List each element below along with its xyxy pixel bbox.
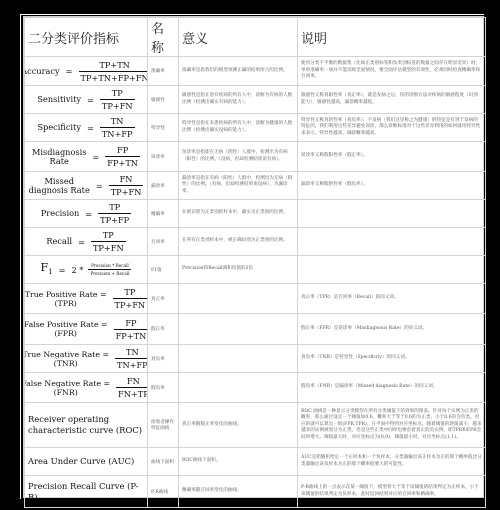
- metric-meaning: [179, 314, 298, 345]
- table-row-missed-diagnosis-rate: Misseddiagnosis Rate= FNTP+FN 漏诊率 漏诊率是指在…: [25, 172, 486, 200]
- metric-note: 误诊率又称假阳性率（假正率）。: [298, 142, 486, 172]
- metric-note: AUC是指随机给定一个正样本和一个负样本，分类器输出该正样本为正的那个概率值比分…: [298, 448, 486, 476]
- metric-meaning: ROC曲线下面积。: [179, 448, 298, 476]
- metric-meaning: 漏诊率是指在有病（阳性）人群中，检测出为无病（阴性）的比例。（有病，但却检测结果…: [179, 172, 298, 200]
- metric-name: 敏感性: [148, 86, 179, 114]
- metric-name: 特异性: [148, 114, 179, 142]
- metric-title: Area Under Curve (AUC): [25, 448, 148, 476]
- metric-name: 真正率: [148, 284, 179, 314]
- metric-formula: True Positive Rate =(TPR) TPTP+FN: [25, 284, 148, 314]
- metric-name: 精确率: [148, 200, 179, 228]
- metric-formula: Recall= TPTP+FN: [25, 228, 148, 256]
- metric-note: 真负率（TNR）是特异性（Specificity）的同义词。: [298, 345, 486, 373]
- header-metric: 二分类评价指标: [25, 18, 148, 57]
- metric-note: 特异性又称真阴性率（真负率），不发病（我们这里称之为健康）的特征是有别于发病的特…: [298, 114, 486, 142]
- table-row-precision: Precision= TPTP+FP 精确率 在被识别为正类别的样本中，确实为正…: [25, 200, 486, 228]
- table-row-fnr: False Negative Rate =(FNR) FNFN+TP 假负率 假…: [25, 373, 486, 403]
- metric-note: 假负率（FNR）是漏诊率（Missed diagnosis Rate）的同义词。: [298, 373, 486, 403]
- metric-meaning: 误诊率是指即在无病（阴性）人群中，检测出为有病（阳性）的比例。（没病，但却检测结…: [179, 142, 298, 172]
- metric-note: [298, 256, 486, 284]
- frame-line-left: [20, 14, 21, 499]
- metric-note: P-R曲线上的一点表示在某一阈值下，模型将大于等于该阈值的结果判定为正样本，小于…: [298, 476, 486, 508]
- metric-title: Precision Recall Curve (P-R): [25, 476, 148, 508]
- table-row-misdiagnosis-rate: MisdiagnosisRate= FPFP+TN 误诊率 误诊率是指即在无病（…: [25, 142, 486, 172]
- metric-formula: Sensitivity= TPTP+FN: [25, 86, 148, 114]
- metric-formula: MisdiagnosisRate= FPFP+TN: [25, 142, 148, 172]
- metric-note: [298, 228, 486, 256]
- table-row-accuracy: Accuracy= TP+TNTP+TN+FP+FN 准确率 准确率是指我们的模…: [25, 57, 486, 86]
- metric-formula: Accuracy= TP+TNTP+TN+FP+FN: [25, 57, 148, 86]
- metric-meaning: 精确率随召回率变化的曲线。: [179, 476, 298, 508]
- metrics-table-sheet: 二分类评价指标 名称 意义 说明 Accuracy= TP+TNTP+TN+FP…: [23, 16, 484, 498]
- metric-name: 漏诊率: [148, 172, 179, 200]
- metric-formula: Precision= TPTP+FP: [25, 200, 148, 228]
- metric-name: F1值: [148, 256, 179, 284]
- metric-name: 接收者操作特征曲线: [148, 403, 179, 448]
- metric-formula: True Negative Rate =(TNR) TNTN+FP: [25, 345, 148, 373]
- table-row-tnr: True Negative Rate =(TNR) TNTN+FP 真负率 真负…: [25, 345, 486, 373]
- metric-meaning: 在所有正类别样本中，被正确识别为正类别的比例。: [179, 228, 298, 256]
- metric-name: 假负率: [148, 373, 179, 403]
- table-row-sensitivity: Sensitivity= TPTP+FN 敏感性 敏感性是指在患有疾病的所有人中…: [25, 86, 486, 114]
- header-note: 说明: [298, 18, 486, 57]
- metric-formula: F1= 2 * Precision * RecallPrecision + Re…: [25, 256, 148, 284]
- metric-meaning: Precision和Recall调和均值的2倍: [179, 256, 298, 284]
- metric-note: 敏感性又称真阳性率（真正率），就是发病之后，你的诊断方法对疾病的敏感程度（识别能…: [298, 86, 486, 114]
- metric-meaning: 准确率是指我们的模型预测正确的结果所占的比例。: [179, 57, 298, 86]
- metric-meaning: 真正率随假正率变化的曲线。: [179, 403, 298, 448]
- metric-formula: Misseddiagnosis Rate= FNTP+FN: [25, 172, 148, 200]
- metric-name: 召回率: [148, 228, 179, 256]
- metric-title: Receiver operating characteristic curve …: [25, 403, 148, 448]
- metric-note: [298, 200, 486, 228]
- header-meaning: 意义: [179, 18, 298, 57]
- metric-meaning: 在被识别为正类别的样本中，确实为正类别的比例。: [179, 200, 298, 228]
- metric-meaning: [179, 284, 298, 314]
- metric-note: 假正率（FPR）是误诊率（Misdiagnosis Rate）的同义词。: [298, 314, 486, 345]
- table-row-roc: Receiver operating characteristic curve …: [25, 403, 486, 448]
- table-row-specificity: Specificity= TNTN+FP 特异性 特异性是指在未患疾病的所有人中…: [25, 114, 486, 142]
- metric-name: 曲线下面积: [148, 448, 179, 476]
- metric-note: 漏诊率又称假阴性率（假负率）。: [298, 172, 486, 200]
- metric-name: 真负率: [148, 345, 179, 373]
- metric-formula: False Negative Rate =(FNR) FNFN+TP: [25, 373, 148, 403]
- binary-classification-metrics-table: 二分类评价指标 名称 意义 说明 Accuracy= TP+TNTP+TN+FP…: [24, 17, 486, 508]
- table-row-auc: Area Under Curve (AUC) 曲线下面积 ROC曲线下面积。 A…: [25, 448, 486, 476]
- metric-name: 误诊率: [148, 142, 179, 172]
- metric-meaning: 敏感性是指在患有疾病的所有人中，诊断为有病的人数比例（检测出确实有病的能力）。: [179, 86, 298, 114]
- table-header-row: 二分类评价指标 名称 意义 说明: [25, 18, 486, 57]
- metric-note: 使用分类不平衡的数据集（比如正类别标签和负类别标签的数量之间存在明显差异）时，单…: [298, 57, 486, 86]
- metric-meaning: [179, 345, 298, 373]
- table-row-recall: Recall= TPTP+FN 召回率 在所有正类别样本中，被正确识别为正类别的…: [25, 228, 486, 256]
- table-row-fpr: False Positive Rate =(FPR) FPFP+TN 假正率 假…: [25, 314, 486, 345]
- metric-note: 真正率（TPR）是召回率（Recall）的同义词。: [298, 284, 486, 314]
- metric-name: 准确率: [148, 57, 179, 86]
- metric-note: ROC 曲线是一种显示分类模型在所有分类阈值下的效果的图表。针对每个实例为正类的…: [298, 403, 486, 448]
- metric-name: 假正率: [148, 314, 179, 345]
- table-row-f1: F1= 2 * Precision * RecallPrecision + Re…: [25, 256, 486, 284]
- frame-line-top: [20, 14, 484, 15]
- header-name: 名称: [148, 18, 179, 57]
- table-row-pr-curve: Precision Recall Curve (P-R) P-R曲线 精确率随召…: [25, 476, 486, 508]
- metric-meaning: 特异性是指在未患疾病的所有人中，诊断为健康的人数比例（检测出确实没病的能力）。: [179, 114, 298, 142]
- metric-formula: Specificity= TNTN+FP: [25, 114, 148, 142]
- metric-name: P-R曲线: [148, 476, 179, 508]
- metric-meaning: [179, 373, 298, 403]
- table-row-tpr: True Positive Rate =(TPR) TPTP+FN 真正率 真正…: [25, 284, 486, 314]
- metric-formula: False Positive Rate =(FPR) FPFP+TN: [25, 314, 148, 345]
